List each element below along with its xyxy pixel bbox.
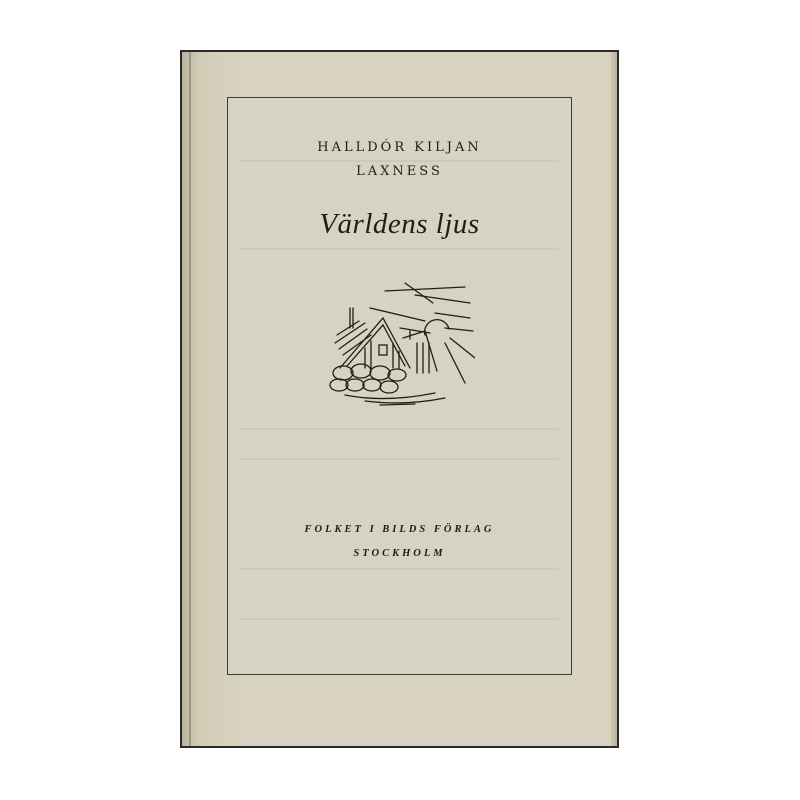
author-first-names: HALLDÓR KILJAN <box>228 140 571 155</box>
publisher-city: STOCKHOLM <box>228 548 571 559</box>
book-title: Världens ljus <box>228 208 571 241</box>
binding-edge <box>189 52 191 746</box>
show-through-line <box>240 568 559 570</box>
show-through-line <box>240 160 559 162</box>
title-page-frame: HALLDÓR KILJAN LAXNESS Världens ljus <box>227 97 572 675</box>
show-through-line <box>240 618 559 620</box>
show-through-line <box>240 248 559 250</box>
show-through-line <box>240 428 559 430</box>
publisher-name: FOLKET I BILDS FÖRLAG <box>228 524 571 535</box>
turf-house-illustration <box>325 273 475 408</box>
author-surname: LAXNESS <box>228 164 571 179</box>
show-through-line <box>240 458 559 460</box>
book-page-photo: HALLDÓR KILJAN LAXNESS Världens ljus <box>180 50 619 748</box>
page-right-edge <box>611 52 617 746</box>
